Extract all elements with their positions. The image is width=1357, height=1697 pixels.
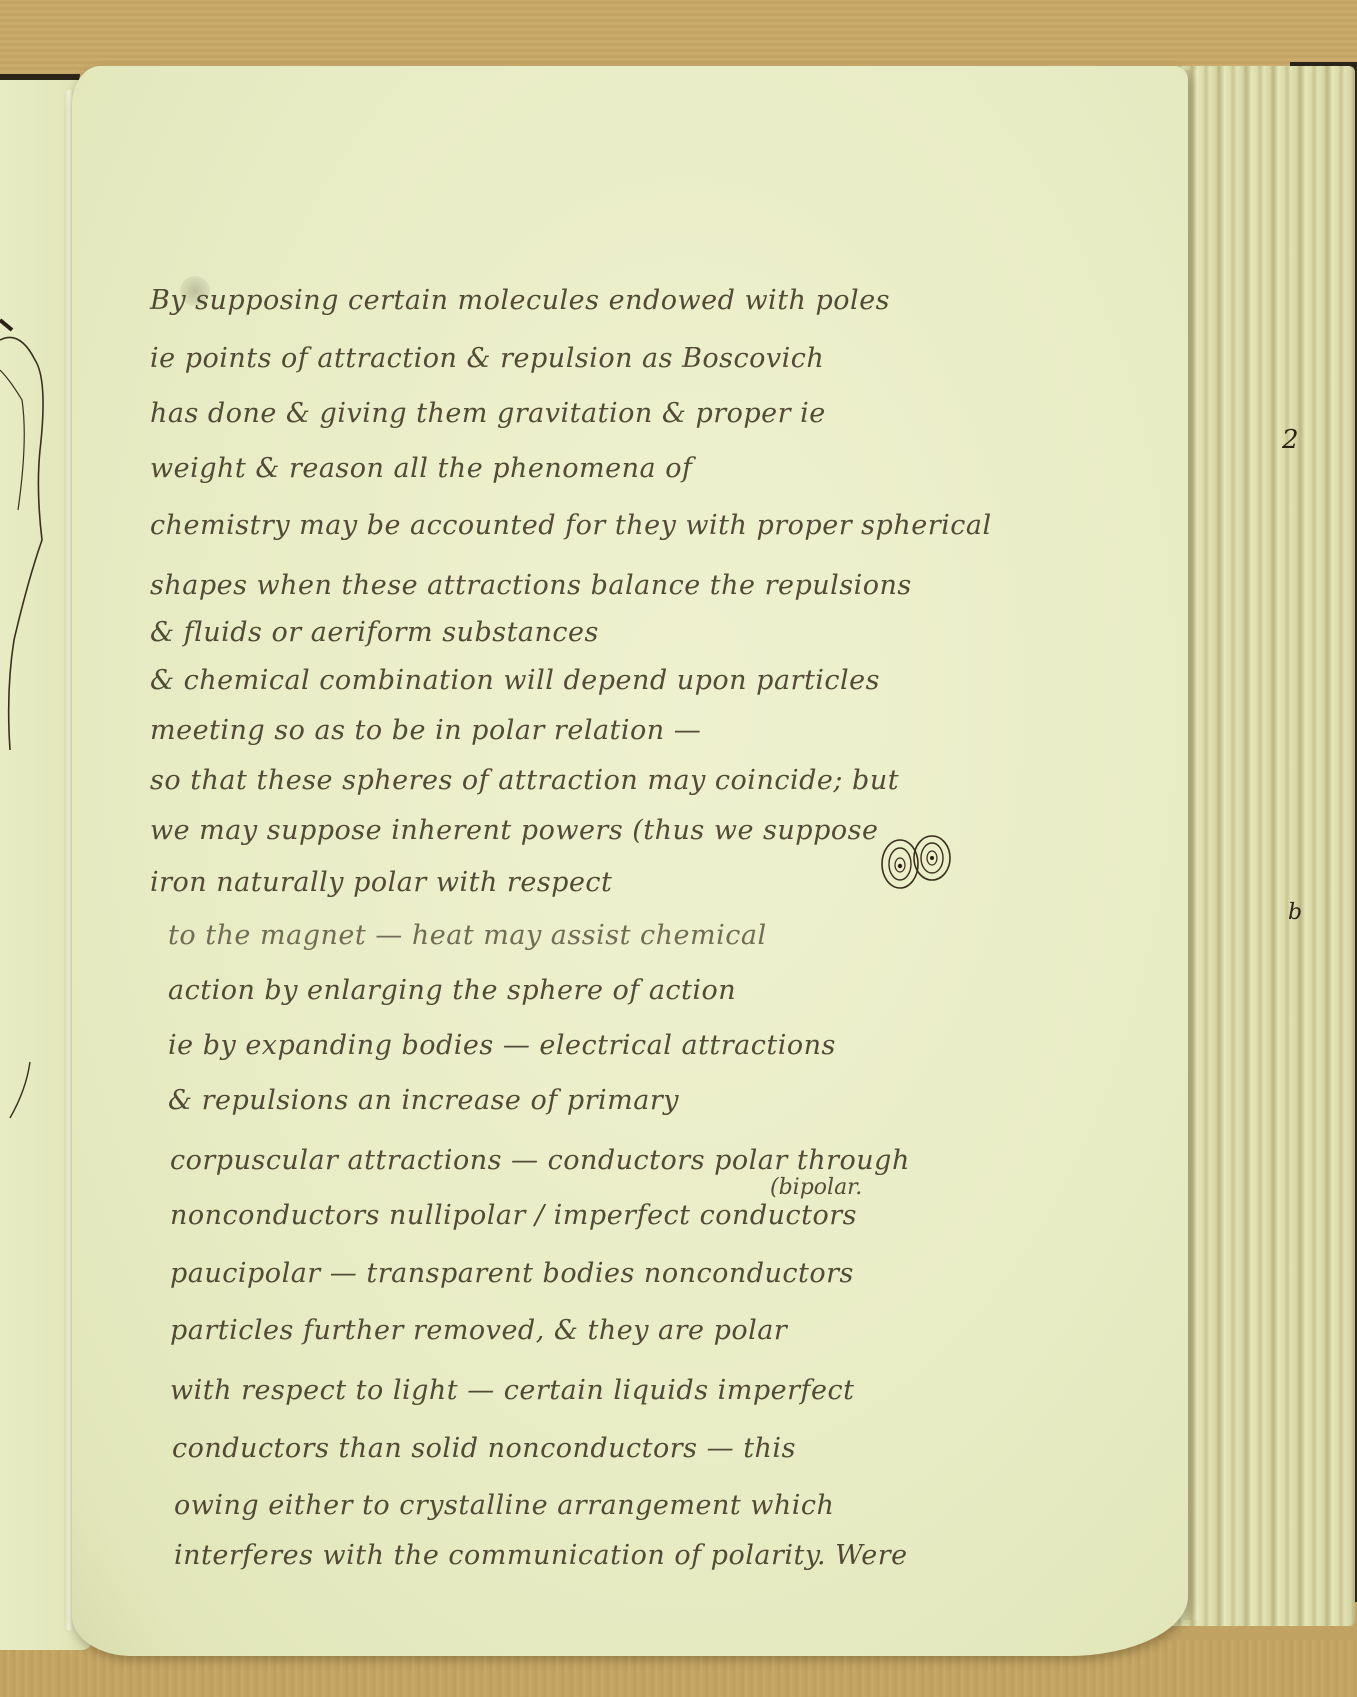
text-line: has done & giving them gravitation & pro…	[150, 398, 826, 429]
concentric-circles-diagram	[878, 832, 958, 892]
text-line: interferes with the communication of pol…	[174, 1540, 908, 1571]
edge-mark: b	[1288, 900, 1302, 925]
text-line: chemistry may be accounted for they with…	[150, 510, 992, 541]
text-line: corpuscular attractions — conductors pol…	[170, 1145, 910, 1176]
pen-mark	[0, 1060, 40, 1120]
text-line: nonconductors nullipolar / imperfect con…	[170, 1200, 857, 1231]
text-line: weight & reason all the phenomena of	[150, 453, 692, 484]
text-line: ie points of attraction & repulsion as B…	[150, 343, 824, 374]
pen-sketch-figure	[0, 310, 60, 750]
text-line: meeting so as to be in polar relation —	[150, 715, 701, 746]
interlinear-insertion: (bipolar.	[770, 1175, 862, 1200]
edge-mark: 2	[1282, 425, 1299, 455]
text-line: to the magnet — heat may assist chemical	[168, 920, 767, 951]
text-line: shapes when these attractions balance th…	[150, 570, 912, 601]
text-line: & repulsions an increase of primary	[168, 1085, 679, 1116]
text-line: paucipolar — transparent bodies noncondu…	[170, 1258, 854, 1289]
text-line: & fluids or aeriform substances	[150, 617, 599, 648]
text-line: iron naturally polar with respect	[150, 867, 612, 898]
text-line: conductors than solid nonconductors — th…	[172, 1433, 796, 1464]
text-line: action by enlarging the sphere of action	[168, 975, 736, 1006]
text-line: owing either to crystalline arrangement …	[174, 1490, 834, 1521]
text-line: & chemical combination will depend upon …	[150, 665, 880, 696]
text-line: so that these spheres of attraction may …	[150, 765, 899, 796]
text-line: we may suppose inherent powers (thus we …	[150, 815, 878, 846]
text-line: with respect to light — certain liquids …	[170, 1375, 854, 1406]
text-line: particles further removed, & they are po…	[170, 1315, 787, 1346]
text-line: By supposing certain molecules endowed w…	[150, 285, 890, 316]
text-line: ie by expanding bodies — electrical attr…	[168, 1030, 836, 1061]
